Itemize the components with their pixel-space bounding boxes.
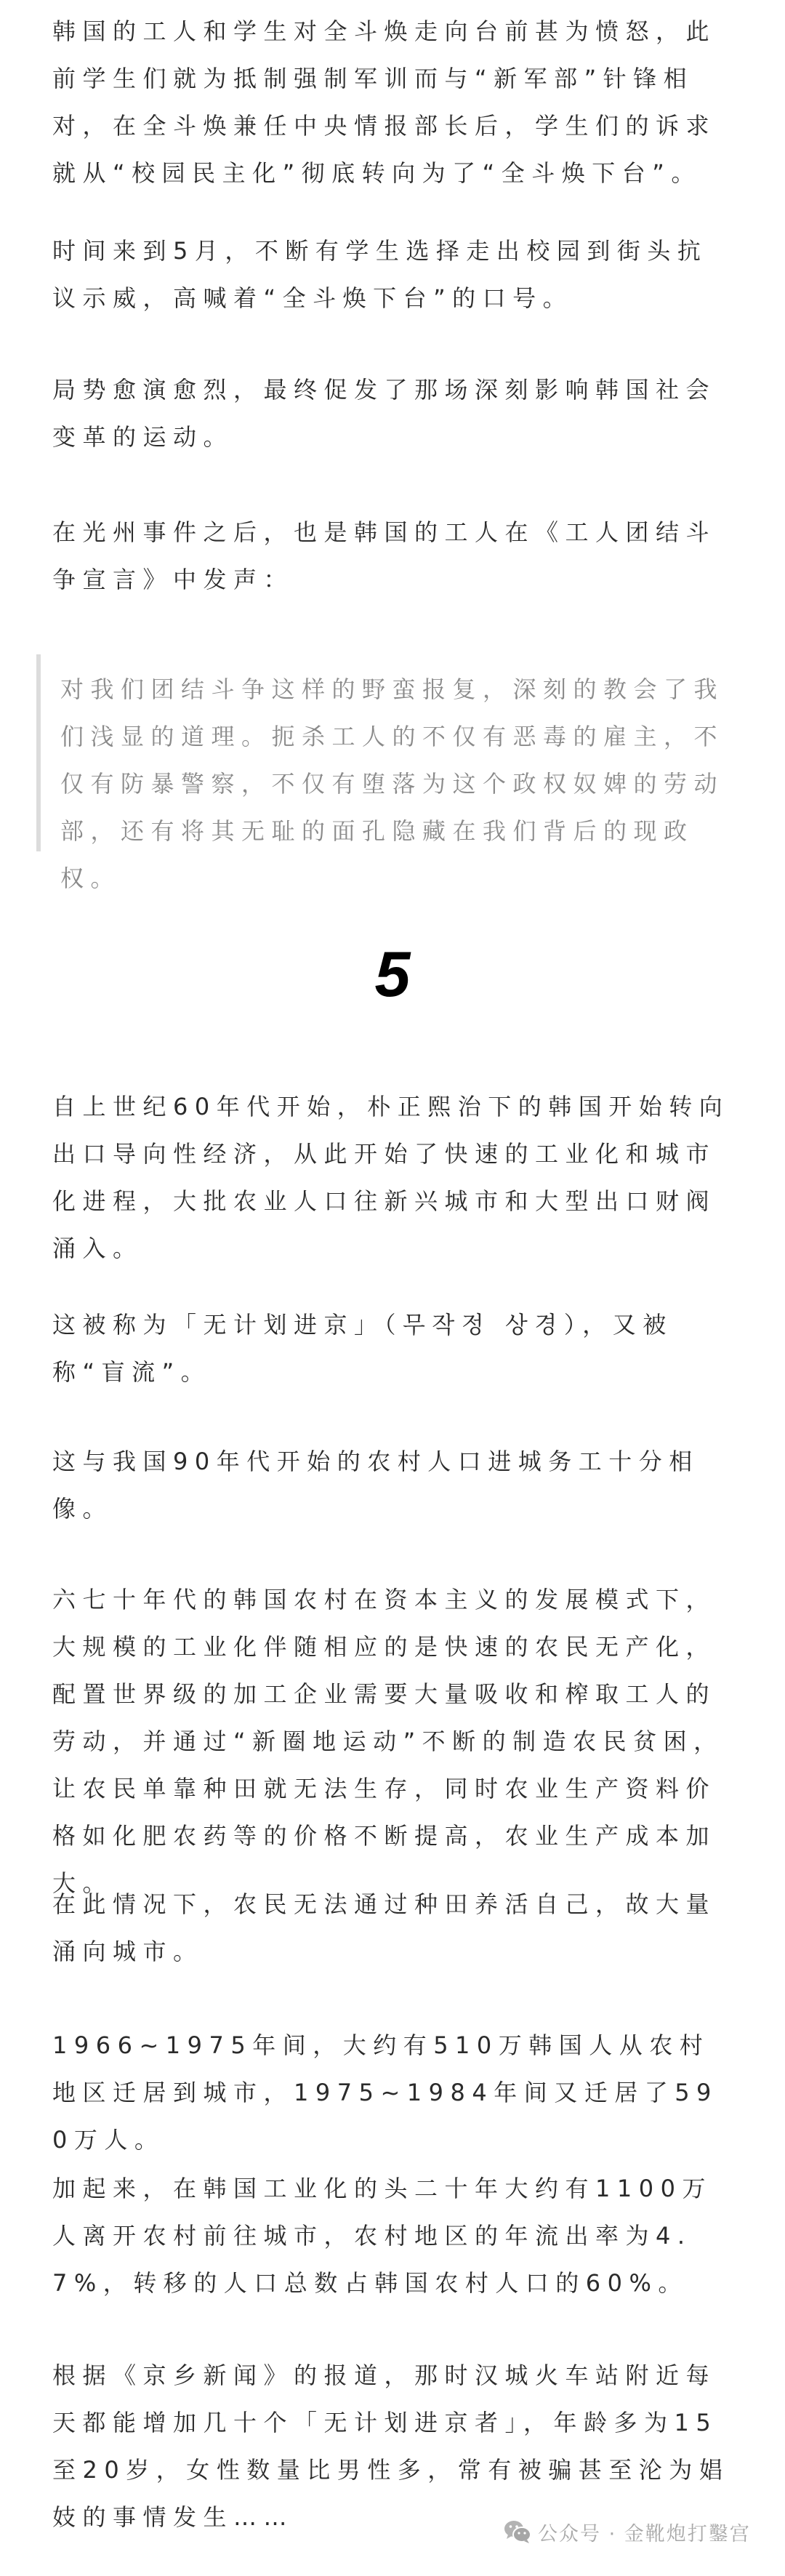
paragraph-total-migration: 加起来，在韩国工业化的头二十年大约有1100万人离开农村前往城市，农村地区的年流… [52,2165,736,2307]
paragraph-workers-declaration-intro: 在光州事件之后，也是韩国的工人在《工人团结斗争宣言》中发声： [52,509,736,603]
paragraph-students-anger: 韩国的工人和学生对全斗焕走向台前甚为愤怒，此前学生们就为抵制强制军训而与“新军部… [52,8,736,197]
paragraph-china-comparison: 这与我国90年代开始的农村人口进城务工十分相像。 [52,1438,736,1533]
paragraph-kyunghyang-report: 根据《京乡新闻》的报道，那时汉城火车站附近每天都能增加几十个「无计划进京者」，年… [52,2352,736,2541]
blockquote: 对我们团结斗争这样的野蛮报复，深刻的教会了我们浅显的道理。扼杀工人的不仅有恶毒的… [36,654,741,851]
wechat-icon [503,2519,532,2544]
watermark: 公众号 · 金靴炮打鑿宫 [503,2516,751,2548]
paragraph-flood-to-cities: 在此情况下，农民无法通过种田养活自己，故大量涌向城市。 [52,1881,736,1975]
paragraph-unplanned-migration: 这被称为「无计划进京」（무작정 상경），又被称“盲流”。 [52,1301,736,1396]
paragraph-rural-proletarianization: 六七十年代的韩国农村在资本主义的发展模式下，大规模的工业化伴随相应的是快速的农民… [52,1576,736,1907]
paragraph-may-protests: 时间来到5月，不断有学生选择走出校园到街头抗议示威，高喊着“全斗焕下台”的口号。 [52,228,736,322]
paragraph-escalation: 局势愈演愈烈，最终促发了那场深刻影响韩国社会变革的运动。 [52,366,736,461]
paragraph-export-economy: 自上世纪60年代开始，朴正熙治下的韩国开始转向出口导向性经济，从此开始了快速的工… [52,1083,736,1272]
blockquote-text: 对我们团结斗争这样的野蛮报复，深刻的教会了我们浅显的道理。扼杀工人的不仅有恶毒的… [60,666,736,902]
watermark-text: 公众号 · 金靴炮打鑿宫 [538,2518,751,2546]
section-number-heading: 5 [0,938,785,1011]
paragraph-migration-stats: 1966~1975年间，大约有510万韩国人从农村地区迁居到城市，1975~19… [52,2022,736,2164]
